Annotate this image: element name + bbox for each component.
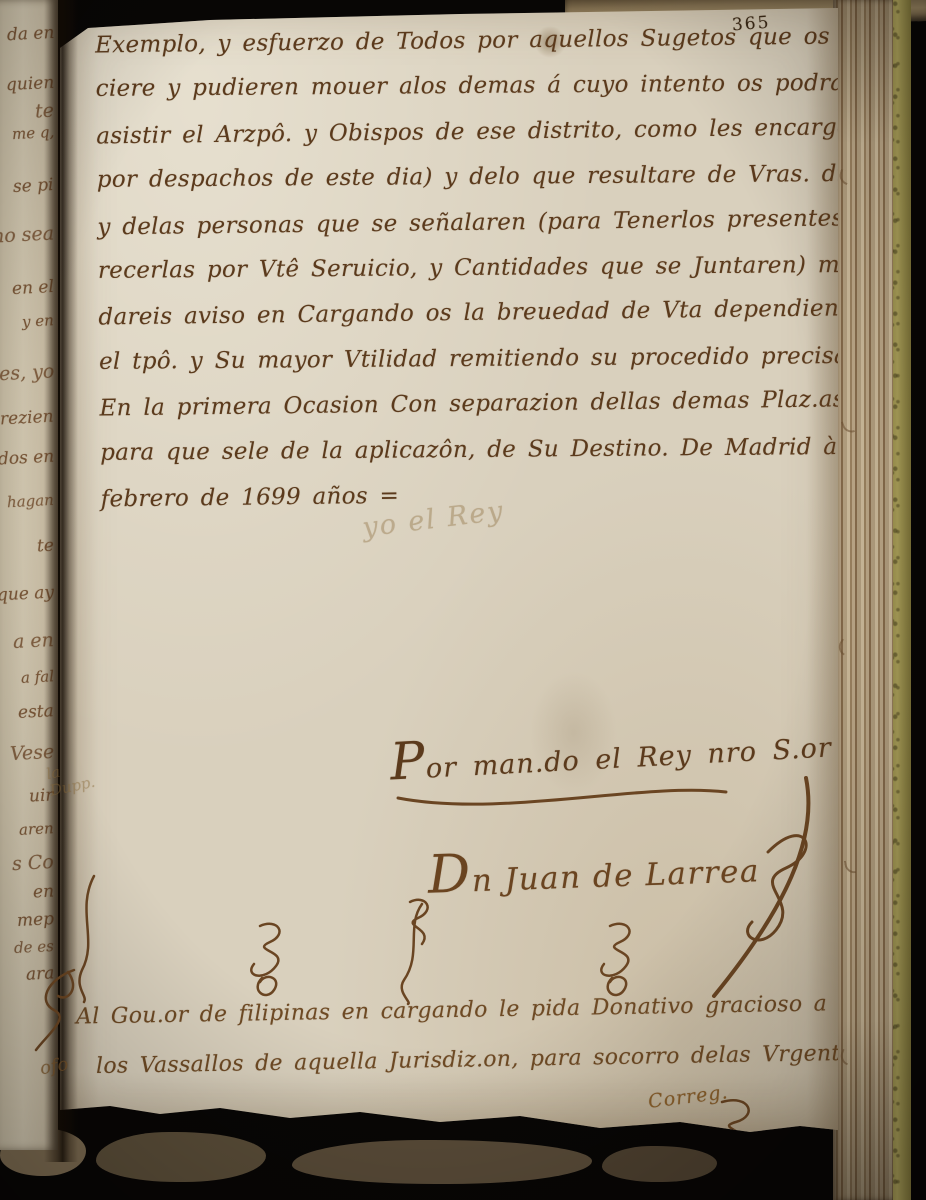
letter-line: En la primera Ocasion Con separazion del… [99, 387, 830, 441]
facing-page-fragment: te [35, 100, 55, 123]
letter-line: Exemplo, y esfuerzo de Todos por aquello… [95, 24, 826, 78]
fore-edge-page-stack [833, 0, 893, 1200]
letter-line: por despachos de este dia) y delo que re… [97, 161, 827, 212]
facing-page-fragment: dos en [0, 447, 54, 470]
manuscript-page: 365 Exemplo, y esfuerzo de Todos por aqu… [60, 8, 838, 1140]
letter-line: asistir el Arzpô. y Obispos de ese distr… [96, 114, 827, 168]
facing-page-fragment: te [37, 536, 55, 557]
facing-page-fragment: de es [14, 937, 55, 957]
facing-page-fragment: da en [6, 23, 54, 45]
facing-page-fragment: me q, [11, 123, 54, 143]
docket-line: Al Gou.or de filipinas en cargando le pi… [76, 991, 827, 1029]
docket-line: los Vassallos de aquella Jurisdiz.on, pa… [96, 1038, 926, 1079]
docket-left-flourish-icon [28, 962, 88, 1057]
rubric-knot-icon [582, 920, 642, 1005]
bottom-page-edge [602, 1146, 717, 1182]
facing-page-fragment: se pi [13, 175, 55, 197]
facing-page-fragment: Vese [9, 741, 54, 765]
facing-page-fragment: y en [22, 311, 55, 331]
letter-line: ciere y pudieren mouer alos demas á cuyo… [96, 71, 826, 122]
facing-page-fragment: quien [5, 73, 54, 95]
bottom-page-edge [96, 1132, 266, 1182]
facing-page-fragment: a en [13, 629, 55, 653]
letter-line: el tpô. y Su mayor Vtilidad remitiendo s… [99, 343, 829, 394]
facing-page-fragment: res, yo [0, 360, 55, 385]
facing-page-fragment: no sea [0, 222, 55, 247]
facing-page-fragment: en [32, 881, 54, 902]
facing-page-fragment: mep [16, 909, 54, 931]
letter-line: para que sele de la aplicazôn, de Su Des… [100, 434, 830, 485]
stray-ink-curl-icon [844, 859, 856, 875]
letter-body: Exemplo, y esfuerzo de Todos por aquello… [95, 24, 831, 532]
bottom-page-edge [292, 1140, 592, 1184]
letter-line: recerlas por Vtê Seruicio, y Cantidades … [98, 252, 828, 303]
facing-page-fragment: hagan [7, 491, 55, 511]
rubric-knot-icon [382, 896, 437, 1006]
facing-page-fragment: s Co [12, 851, 55, 875]
stray-ink-curl-icon [841, 419, 855, 436]
signature-flourish-icon [620, 766, 820, 1016]
rubric-knot-icon [232, 920, 292, 1005]
stray-ink-curl-icon [838, 1049, 852, 1066]
letter-line: dareis aviso en Cargando os la breuedad … [98, 296, 829, 350]
manuscript-photo: da enquienteme q,se pino seaen ely enres… [0, 0, 926, 1200]
stray-ink-curl-icon [837, 169, 850, 185]
facing-page-fragment: que ay [0, 583, 54, 606]
facing-page-fragment: a fal [21, 667, 55, 687]
letter-line: y delas personas que se señalaren (para … [97, 205, 828, 259]
facing-page-fragment: rezien [0, 407, 54, 430]
facing-page-fragment: aren [19, 819, 55, 839]
facing-page-fragment: en el [12, 277, 55, 299]
facing-page-fragment: esta [18, 701, 55, 723]
